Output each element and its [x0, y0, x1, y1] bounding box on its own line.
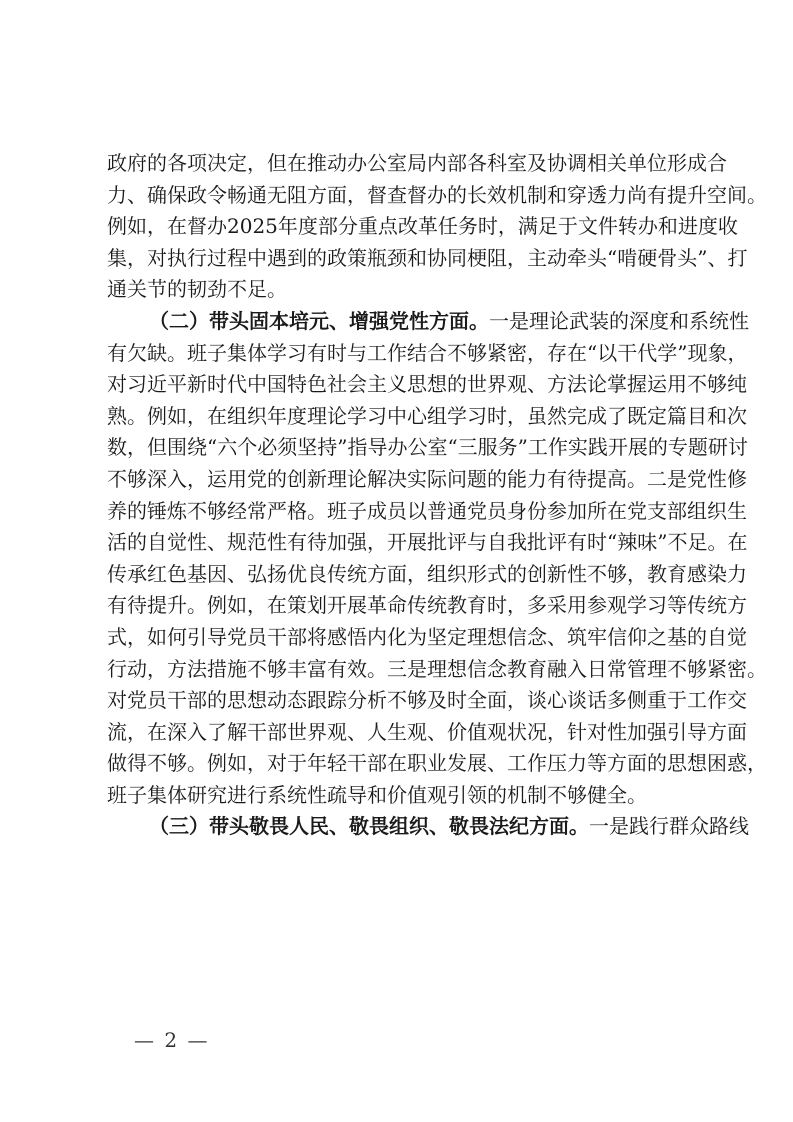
text-run: 一是理论武装的深度和系统性 [489, 309, 749, 333]
text-line: 熟。例如，在组织年度理论学习中心组学习时，虽然完成了既定篇目和次 [107, 401, 693, 433]
document-page: 政府的各项决定，但在推动办公室局内部各科室及协调相关单位形成合 力、确保政令畅通… [0, 0, 793, 1122]
text-run: 一是践行群众路线 [589, 814, 749, 838]
text-line: 活的自觉性、规范性有待加强，开展批评与自我批评有时“辣味”不足。在 [107, 527, 693, 559]
section-heading-line: （三）带头敬畏人民、敬畏组织、敬畏法纪方面。一是践行群众路线 [107, 811, 693, 843]
text-line: 不够深入，运用党的创新理论解决实际问题的能力有待提高。二是党性修 [107, 464, 693, 496]
section-heading: （二）带头固本培元、增强党性方面。 [149, 309, 489, 333]
section-heading-line: （二）带头固本培元、增强党性方面。一是理论武装的深度和系统性 [107, 306, 693, 338]
page-number: — 2 — [134, 1028, 209, 1052]
text-line: 力、确保政令畅通无阻方面，督查督办的长效机制和穿透力尚有提升空间。 [107, 180, 693, 212]
document-body: 政府的各项决定，但在推动办公室局内部各科室及协调相关单位形成合 力、确保政令畅通… [107, 148, 693, 843]
text-line: 集，对执行过程中遇到的政策瓶颈和协同梗阻，主动牵头“啃硬骨头”、打 [107, 243, 693, 275]
text-line: 流，在深入了解干部世界观、人生观、价值观状况，针对性加强引导方面 [107, 717, 693, 749]
text-line: 式，如何引导党员干部将感悟内化为坚定理想信念、筑牢信仰之基的自觉 [107, 622, 693, 654]
text-line: 做得不够。例如，对于年轻干部在职业发展、工作压力等方面的思想困惑， [107, 748, 693, 780]
text-line: 对习近平新时代中国特色社会主义思想的世界观、方法论掌握运用不够纯 [107, 369, 693, 401]
text-line: 有待提升。例如，在策划开展革命传统教育时，多采用参观学习等传统方 [107, 590, 693, 622]
text-line: 例如，在督办2025年度部分重点改革任务时，满足于文件转办和进度收 [107, 211, 693, 243]
text-line: 有欠缺。班子集体学习有时与工作结合不够紧密，存在“以干代学”现象， [107, 338, 693, 370]
text-line: 班子集体研究进行系统性疏导和价值观引领的机制不够健全。 [107, 780, 693, 812]
text-line: 通关节的韧劲不足。 [107, 274, 693, 306]
text-line: 对党员干部的思想动态跟踪分析不够及时全面，谈心谈话多侧重于工作交 [107, 685, 693, 717]
section-heading: （三）带头敬畏人民、敬畏组织、敬畏法纪方面。 [149, 814, 589, 838]
text-line: 传承红色基因、弘扬优良传统方面，组织形式的创新性不够，教育感染力 [107, 559, 693, 591]
text-line: 养的锤炼不够经常严格。班子成员以普通党员身份参加所在党支部组织生 [107, 496, 693, 528]
text-line: 行动，方法措施不够丰富有效。三是理想信念教育融入日常管理不够紧密。 [107, 654, 693, 686]
text-line: 数，但围绕“六个必须坚持”指导办公室“三服务”工作实践开展的专题研讨 [107, 432, 693, 464]
text-line: 政府的各项决定，但在推动办公室局内部各科室及协调相关单位形成合 [107, 148, 693, 180]
